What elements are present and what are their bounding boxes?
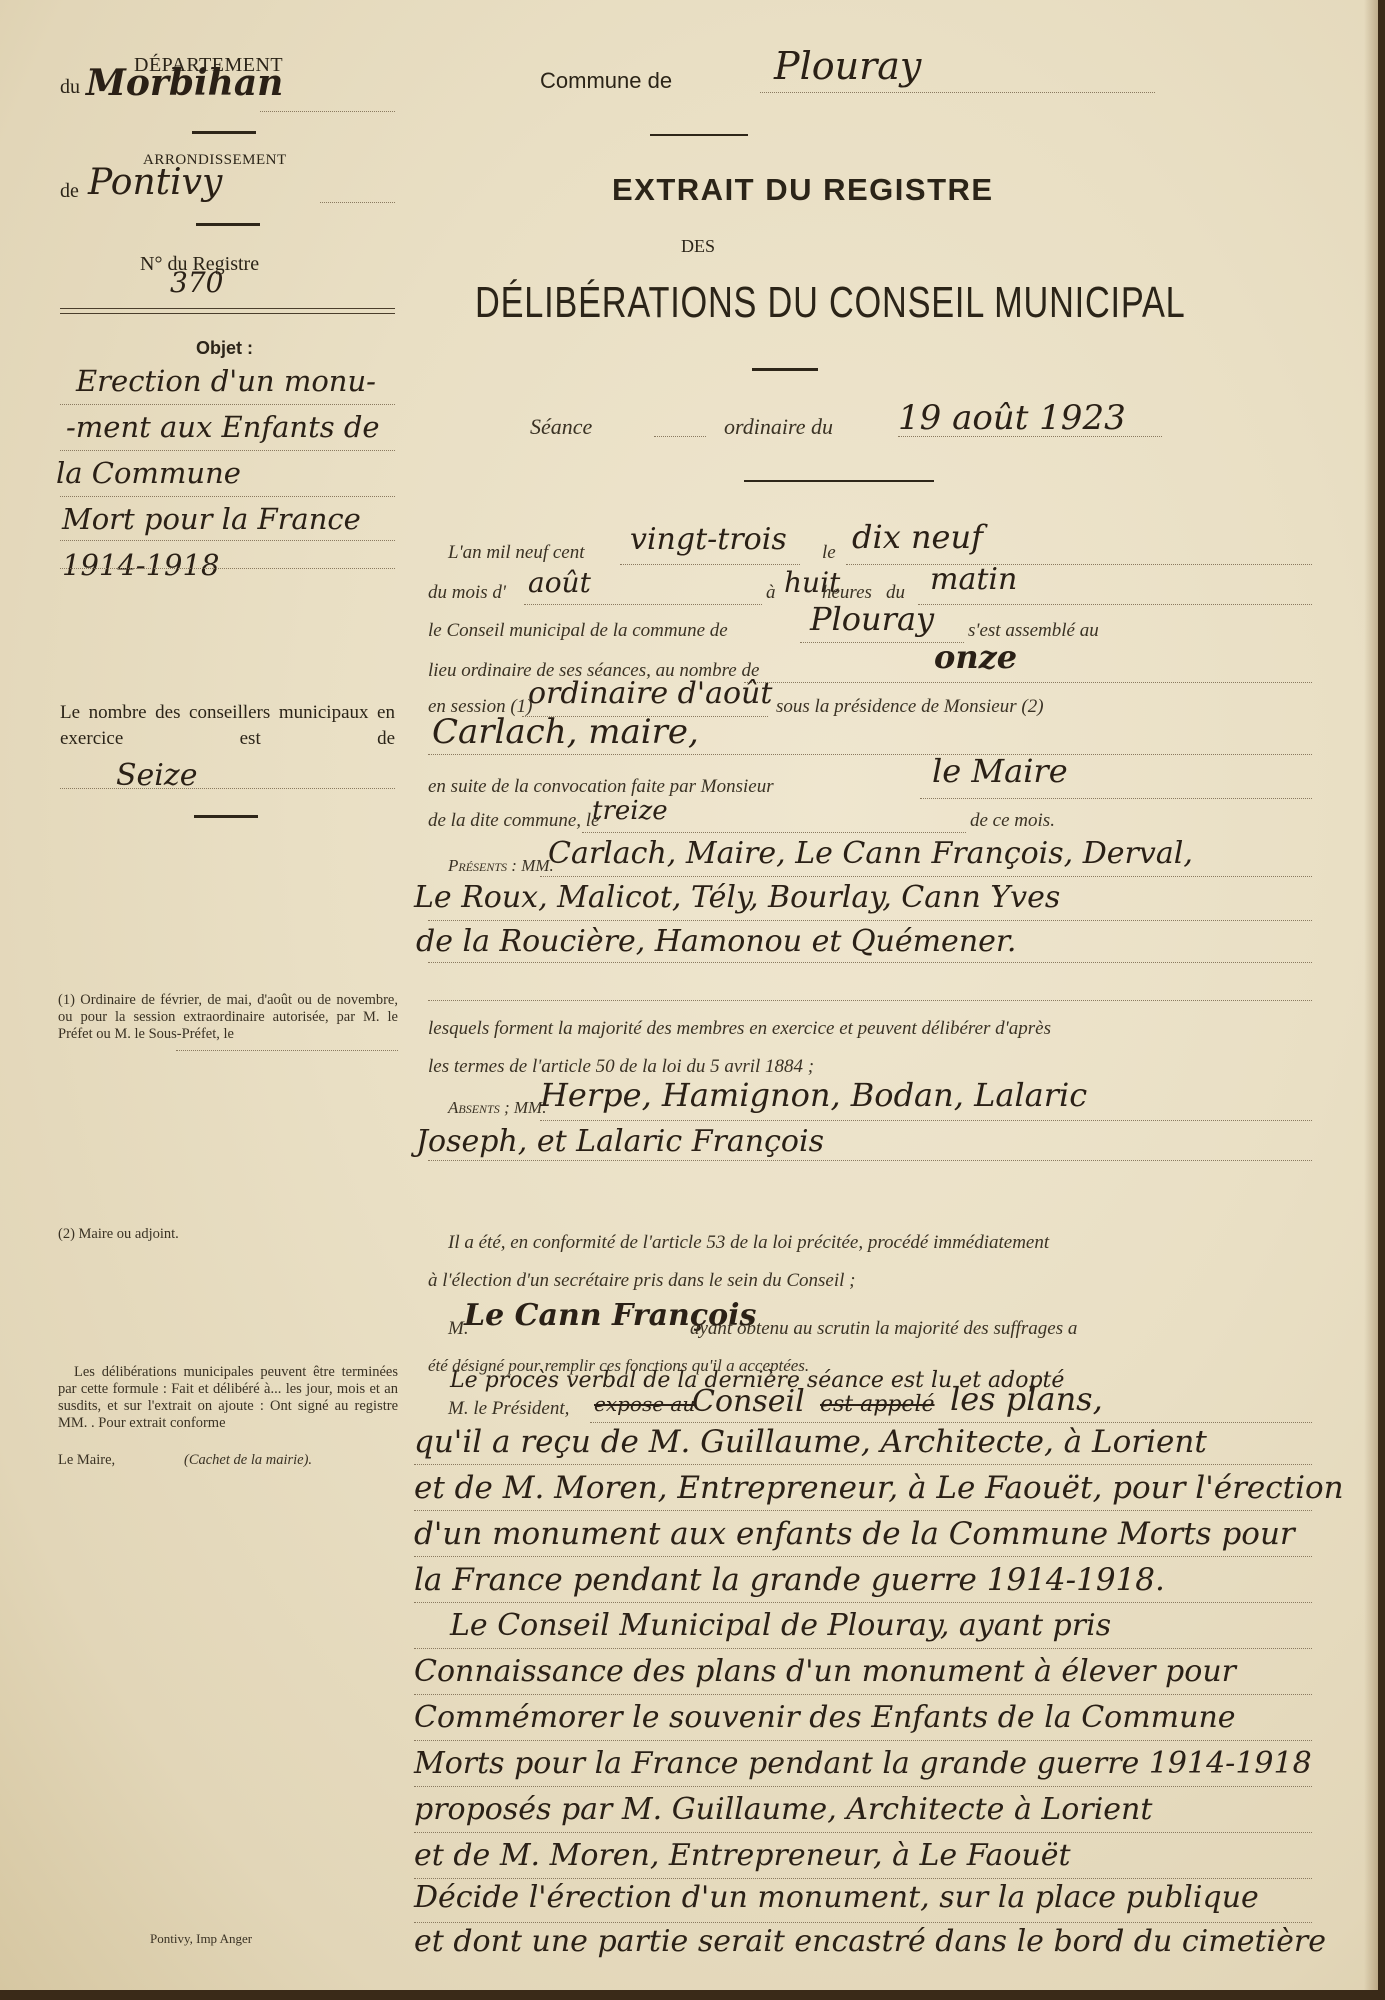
text: sous la présidence de Monsieur (2) <box>776 696 1044 718</box>
majorite-line-2: les termes de l'article 50 de la loi du … <box>428 1056 814 1078</box>
field-month: août <box>528 566 591 599</box>
departement-value: Morbihan <box>86 62 283 104</box>
seance-type: ordinaire du <box>724 414 833 440</box>
separator <box>752 368 818 371</box>
field-period: matin <box>930 562 1017 597</box>
footnote-2: (2) Maire ou adjoint. <box>58 1226 179 1243</box>
objet-line: la Commune <box>56 450 380 496</box>
registre-value: 370 <box>170 266 223 299</box>
separator <box>194 815 258 818</box>
title-des: DES <box>681 236 715 257</box>
handwritten-line: et dont une partie serait encastré dans … <box>414 1924 1326 1959</box>
objet-line: Mort pour la France <box>56 496 380 542</box>
commune-value: Plouray <box>774 44 921 88</box>
footnote-3-maire: Le Maire, <box>58 1452 115 1469</box>
absents-line: Joseph, et Lalaric François <box>416 1124 824 1159</box>
text: en suite de la convocation faite par Mon… <box>428 776 774 798</box>
text: le Conseil municipal de la commune de <box>428 620 728 642</box>
handwritten-line: Connaissance des plans d'un monument à é… <box>414 1654 1236 1689</box>
separator <box>744 480 934 482</box>
presents-label: Présents : MM. <box>448 856 554 876</box>
handwritten-line: Morts pour la France pendant la grande g… <box>414 1746 1312 1781</box>
president-label: M. le Président, <box>448 1398 569 1420</box>
objet-line: 1914-1918 <box>56 542 380 588</box>
handwritten-line: Le Conseil Municipal de Plouray, ayant p… <box>450 1608 1111 1643</box>
presents-line: Carlach, Maire, Le Cann François, Derval… <box>548 836 1193 871</box>
handwritten-line: et de M. Moren, Entrepreneur, à Le Faouë… <box>414 1838 1071 1873</box>
handwritten-line: qu'il a reçu de M. Guillaume, Architecte… <box>414 1424 1207 1460</box>
objet-line: Erection d'un monu- <box>56 358 380 404</box>
field-convoque-par: le Maire <box>932 752 1068 790</box>
printer-mark: Pontivy, Imp Anger <box>150 1931 252 1947</box>
field-year: vingt-trois <box>630 522 787 557</box>
absents-label: Absents ; MM. <box>448 1098 546 1118</box>
arrondissement-prefix: de <box>60 180 79 203</box>
majorite-line-1: lesquels forment la majorité des membres… <box>428 1018 1051 1040</box>
handwritten-line: d'un monument aux enfants de la Commune … <box>414 1516 1295 1552</box>
text: du mois d' <box>428 582 506 604</box>
handwritten-line: la France pendant la grande guerre 1914-… <box>414 1562 1165 1598</box>
handwritten-line: proposés par M. Guillaume, Architecte à … <box>414 1792 1152 1827</box>
presents-line: de la Roucière, Hamonou et Quémener. <box>416 924 1016 959</box>
president-text: les plans, <box>950 1380 1103 1418</box>
arrondissement-value: Pontivy <box>88 162 222 203</box>
separator <box>192 131 256 134</box>
handwritten-line: Décide l'érection d'un monument, sur la … <box>414 1880 1259 1915</box>
separator <box>196 223 260 226</box>
document-page: DÉPARTEMENT du Morbihan ARRONDISSEMENT d… <box>0 0 1378 1990</box>
text: de la dite commune, le <box>428 810 599 832</box>
title-extrait: EXTRAIT DU REGISTRE <box>612 172 994 208</box>
objet-value: Erection d'un monu- -ment aux Enfants de… <box>56 358 380 588</box>
field-president: Carlach, maire, <box>432 712 699 752</box>
field-session: ordinaire d'août <box>528 676 772 711</box>
text: de ce mois. <box>970 810 1055 832</box>
secretaire-line-1: Il a été, en conformité de l'article 53 … <box>448 1232 1049 1254</box>
objet-label: Objet : <box>196 338 253 359</box>
text: à <box>766 582 776 604</box>
field-count: onze <box>934 638 1017 676</box>
field-day: dix neuf <box>852 518 983 556</box>
footnote-3: Les délibérations municipales peuvent êt… <box>58 1364 398 1432</box>
objet-line: -ment aux Enfants de <box>56 404 380 450</box>
secretaire-line-2: à l'élection d'un secrétaire pris dans l… <box>428 1270 855 1292</box>
field-convocation-day: treize <box>592 796 668 826</box>
text: le <box>822 542 836 564</box>
separator <box>650 134 748 136</box>
president-conseil: Conseil <box>692 1384 805 1419</box>
presents-line: Le Roux, Malicot, Tély, Bourlay, Cann Yv… <box>414 880 1060 915</box>
seance-date: 19 août 1923 <box>898 398 1126 438</box>
title-deliberations: DÉLIBÉRATIONS DU CONSEIL MUNICIPAL <box>475 278 1186 328</box>
conseillers-text: Le nombre des conseillers municipaux en … <box>60 700 395 752</box>
commune-label: Commune de <box>540 68 672 94</box>
footnote-3-cachet: (Cachet de la mairie). <box>184 1452 312 1469</box>
footnote-1: (1) Ordinaire de février, de mai, d'août… <box>58 992 398 1043</box>
struck-text: est appelé <box>820 1392 935 1417</box>
struck-text: expose au <box>594 1392 695 1416</box>
seance-label: Séance <box>530 414 592 440</box>
handwritten-line: et de M. Moren, Entrepreneur, à Le Faouë… <box>414 1470 1344 1506</box>
text: L'an mil neuf cent <box>448 542 585 564</box>
departement-prefix: du <box>60 76 80 99</box>
field-commune: Plouray <box>810 600 934 638</box>
secretaire-line-3: ayant obtenu au scrutin la majorité des … <box>690 1318 1077 1340</box>
handwritten-line: Commémorer le souvenir des Enfants de la… <box>414 1700 1236 1735</box>
absents-line: Herpe, Hamignon, Bodan, Lalaric <box>540 1076 1087 1114</box>
